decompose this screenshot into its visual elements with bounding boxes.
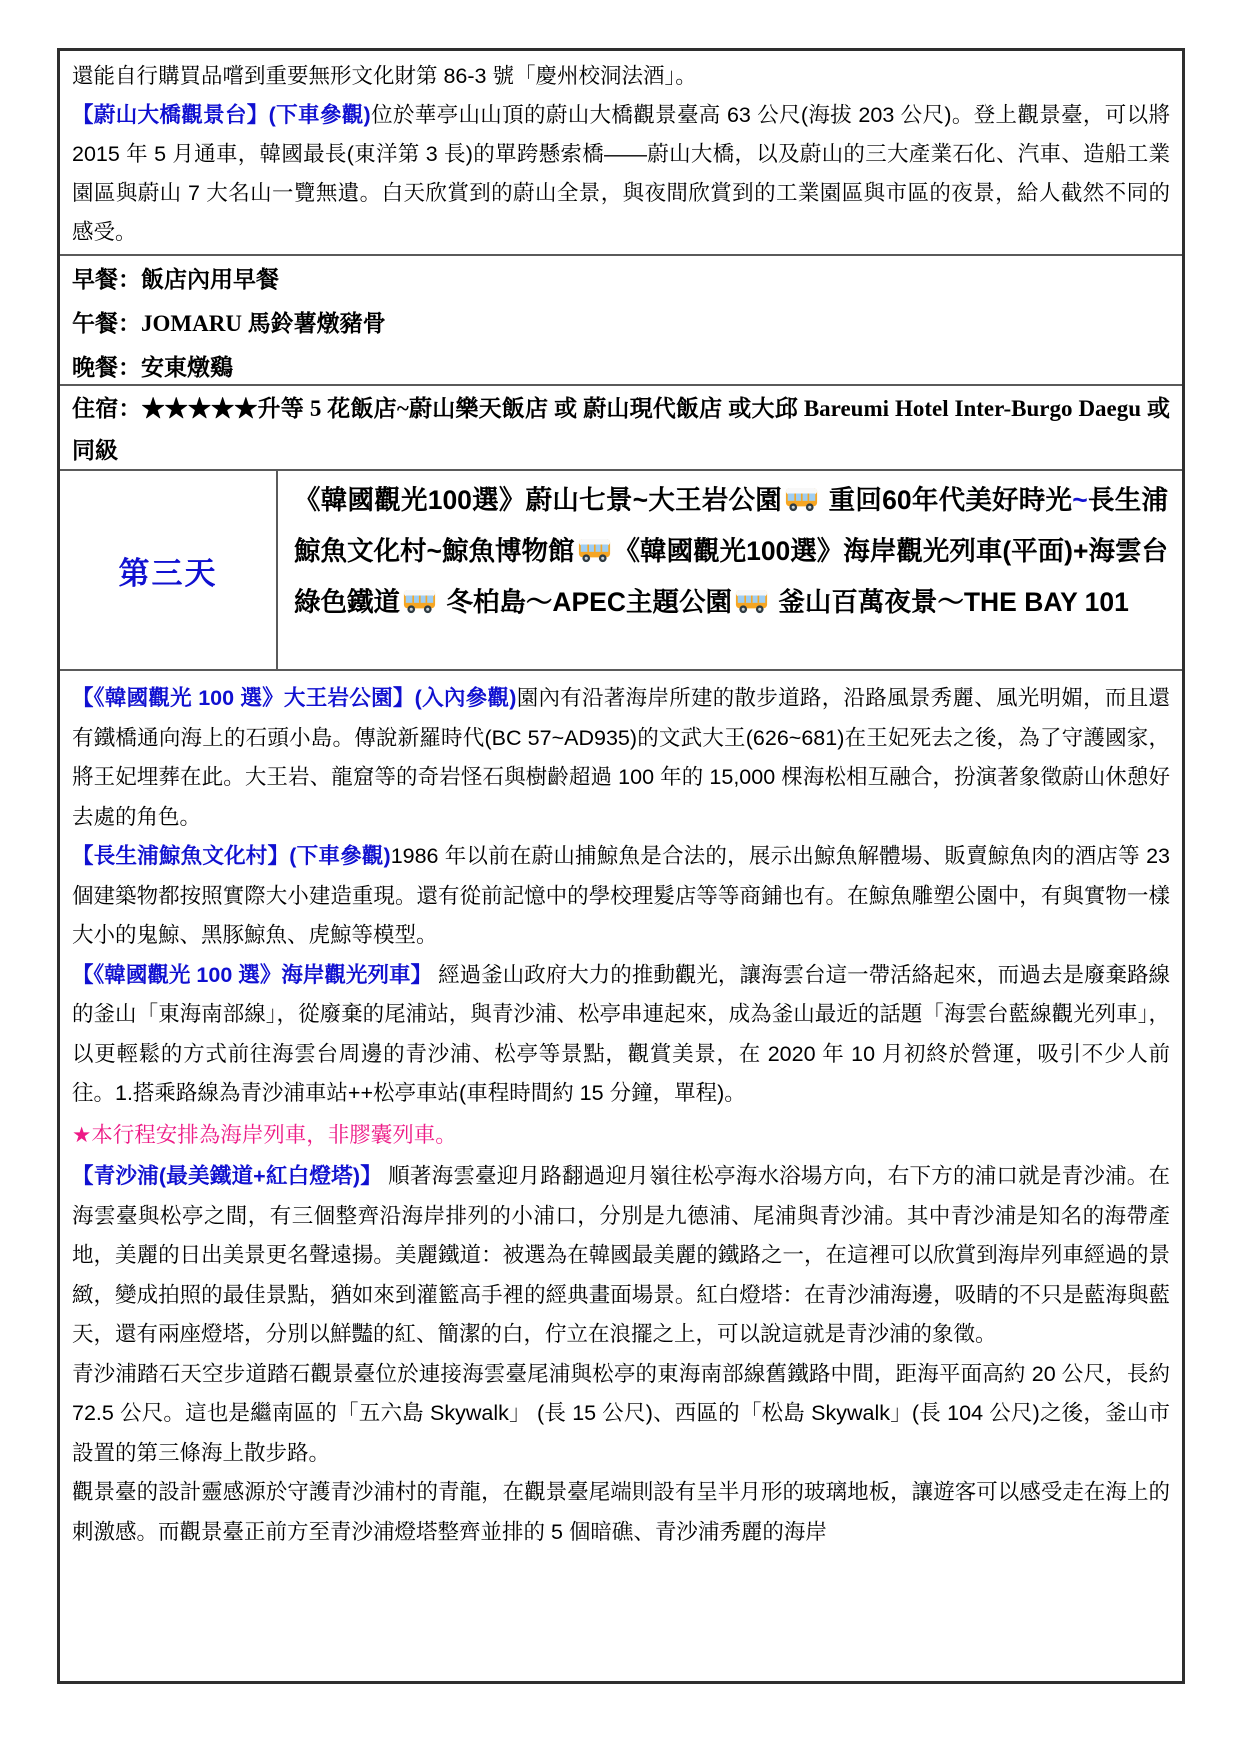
- row-meals: 早餐：飯店內用早餐 午餐：JOMARU 馬鈴薯燉豬骨 晚餐：安東燉鷄: [60, 256, 1182, 386]
- daewangam-title: 【《韓國觀光 100 選》大王岩公園】: [72, 686, 415, 710]
- day3-itinerary-segment: 重回60年代美好時光: [821, 485, 1072, 515]
- itinerary-page: 還能自行購買品嚐到重要無形文化財第 86-3 號「慶州校洞法酒」。 【蔚山大橋觀…: [0, 0, 1241, 1755]
- note-train-type: ★本行程安排為海岸列車，非膠囊列車。: [72, 1116, 1170, 1156]
- row-description-ulsan-bridge: 還能自行購買品嚐到重要無形文化財第 86-3 號「慶州校洞法酒」。 【蔚山大橋觀…: [60, 51, 1182, 256]
- coast-train-title: 【《韓國觀光 100 選》海岸觀光列車】: [72, 963, 432, 987]
- day3-label-cell: 第三天: [60, 471, 278, 669]
- bus-icon: [403, 588, 436, 614]
- bus-icon: [735, 588, 768, 614]
- paragraph-daewangam-park: 【《韓國觀光 100 選》大王岩公園】(入內參觀)園內有沿著海岸所建的散步道路，…: [72, 679, 1170, 837]
- paragraph-cheongsapo: 【青沙浦(最美鐵道+紅白燈塔)】 順著海雲臺迎月路翻過迎月嶺往松亭海水浴場方向，…: [72, 1157, 1170, 1355]
- ulsan-bridge-title: 【蔚山大橋觀景台】: [72, 103, 269, 127]
- bus-icon: [785, 486, 818, 512]
- whale-village-title: 【長生浦鯨魚文化村】: [72, 844, 289, 868]
- day3-itinerary-segment: 釜山百萬夜景～THE BAY 101: [771, 587, 1129, 617]
- ulsan-bridge-paragraph: 【蔚山大橋觀景台】(下車參觀)位於華亭山山頂的蔚山大橋觀景臺高 63 公尺(海拔…: [72, 96, 1170, 252]
- paragraph-whale-village: 【長生浦鯨魚文化村】(下車參觀)1986 年以前在蔚山捕鯨魚是合法的，展示出鯨魚…: [72, 837, 1170, 956]
- day3-itinerary-segment: ~: [1072, 485, 1087, 515]
- paragraph-coast-train: 【《韓國觀光 100 選》海岸觀光列車】 經過釜山政府大力的推動觀光，讓海雲台這…: [72, 956, 1170, 1114]
- cheongsapo-title: 【青沙浦(最美鐵道+紅白燈塔)】: [72, 1164, 382, 1188]
- daewangam-visit-type: (入內參觀): [415, 686, 517, 710]
- whale-village-visit-type: (下車參觀): [289, 844, 390, 868]
- paragraph-skywalk: 青沙浦踏石天空步道踏石觀景臺位於連接海雲臺尾浦與松亭的東海南部線舊鐵路中間，距海…: [72, 1355, 1170, 1474]
- day3-itinerary: 《韓國觀光100選》蔚山七景~大王岩公園 重回60年代美好時光~長生浦鯨魚文化村…: [278, 471, 1182, 669]
- meal-breakfast: 早餐：飯店內用早餐: [72, 266, 1170, 294]
- skywalk-body: 青沙浦踏石天空步道踏石觀景臺位於連接海雲臺尾浦與松亭的東海南部線舊鐵路中間，距海…: [72, 1362, 1170, 1465]
- itinerary-table: 還能自行購買品嚐到重要無形文化財第 86-3 號「慶州校洞法酒」。 【蔚山大橋觀…: [57, 48, 1185, 1684]
- meal-lunch: 午餐：JOMARU 馬鈴薯燉豬骨: [72, 310, 1170, 338]
- ulsan-bridge-visit-type: (下車參觀): [269, 103, 371, 127]
- row-main-body: 【《韓國觀光 100 選》大王岩公園】(入內參觀)園內有沿著海岸所建的散步道路，…: [60, 671, 1182, 1681]
- accommodation-text: 住宿：★★★★★升等 5 花飯店~蔚山樂天飯店 或 蔚山現代飯店 或大邱 Bar…: [72, 388, 1170, 471]
- row-day3: 第三天 《韓國觀光100選》蔚山七景~大王岩公園 重回60年代美好時光~長生浦鯨…: [60, 471, 1182, 671]
- paragraph-observatory: 觀景臺的設計靈感源於守護青沙浦村的青龍，在觀景臺尾端則設有呈半月形的玻璃地板，讓…: [72, 1473, 1170, 1552]
- cheongsapo-body: 順著海雲臺迎月路翻過迎月嶺往松亭海水浴場方向，右下方的浦口就是青沙浦。在海雲臺與…: [72, 1164, 1170, 1346]
- bus-icon: [578, 537, 611, 563]
- observatory-body: 觀景臺的設計靈感源於守護青沙浦村的青龍，在觀景臺尾端則設有呈半月形的玻璃地板，讓…: [72, 1480, 1170, 1544]
- day3-itinerary-segment: 《韓國觀光100選》蔚山七景~大王岩公園: [294, 485, 782, 515]
- note-train-type-text: ★本行程安排為海岸列車，非膠囊列車。: [72, 1123, 457, 1147]
- intro-paragraph: 還能自行購買品嚐到重要無形文化財第 86-3 號「慶州校洞法酒」。: [72, 57, 1170, 96]
- meal-dinner: 晚餐：安東燉鷄: [72, 354, 1170, 382]
- day3-label: 第三天: [119, 548, 218, 593]
- intro-text: 還能自行購買品嚐到重要無形文化財第 86-3 號「慶州校洞法酒」。: [72, 64, 697, 88]
- day3-itinerary-segment: 冬柏島～APEC主題公園: [439, 587, 732, 617]
- row-accommodation: 住宿：★★★★★升等 5 花飯店~蔚山樂天飯店 或 蔚山現代飯店 或大邱 Bar…: [60, 386, 1182, 471]
